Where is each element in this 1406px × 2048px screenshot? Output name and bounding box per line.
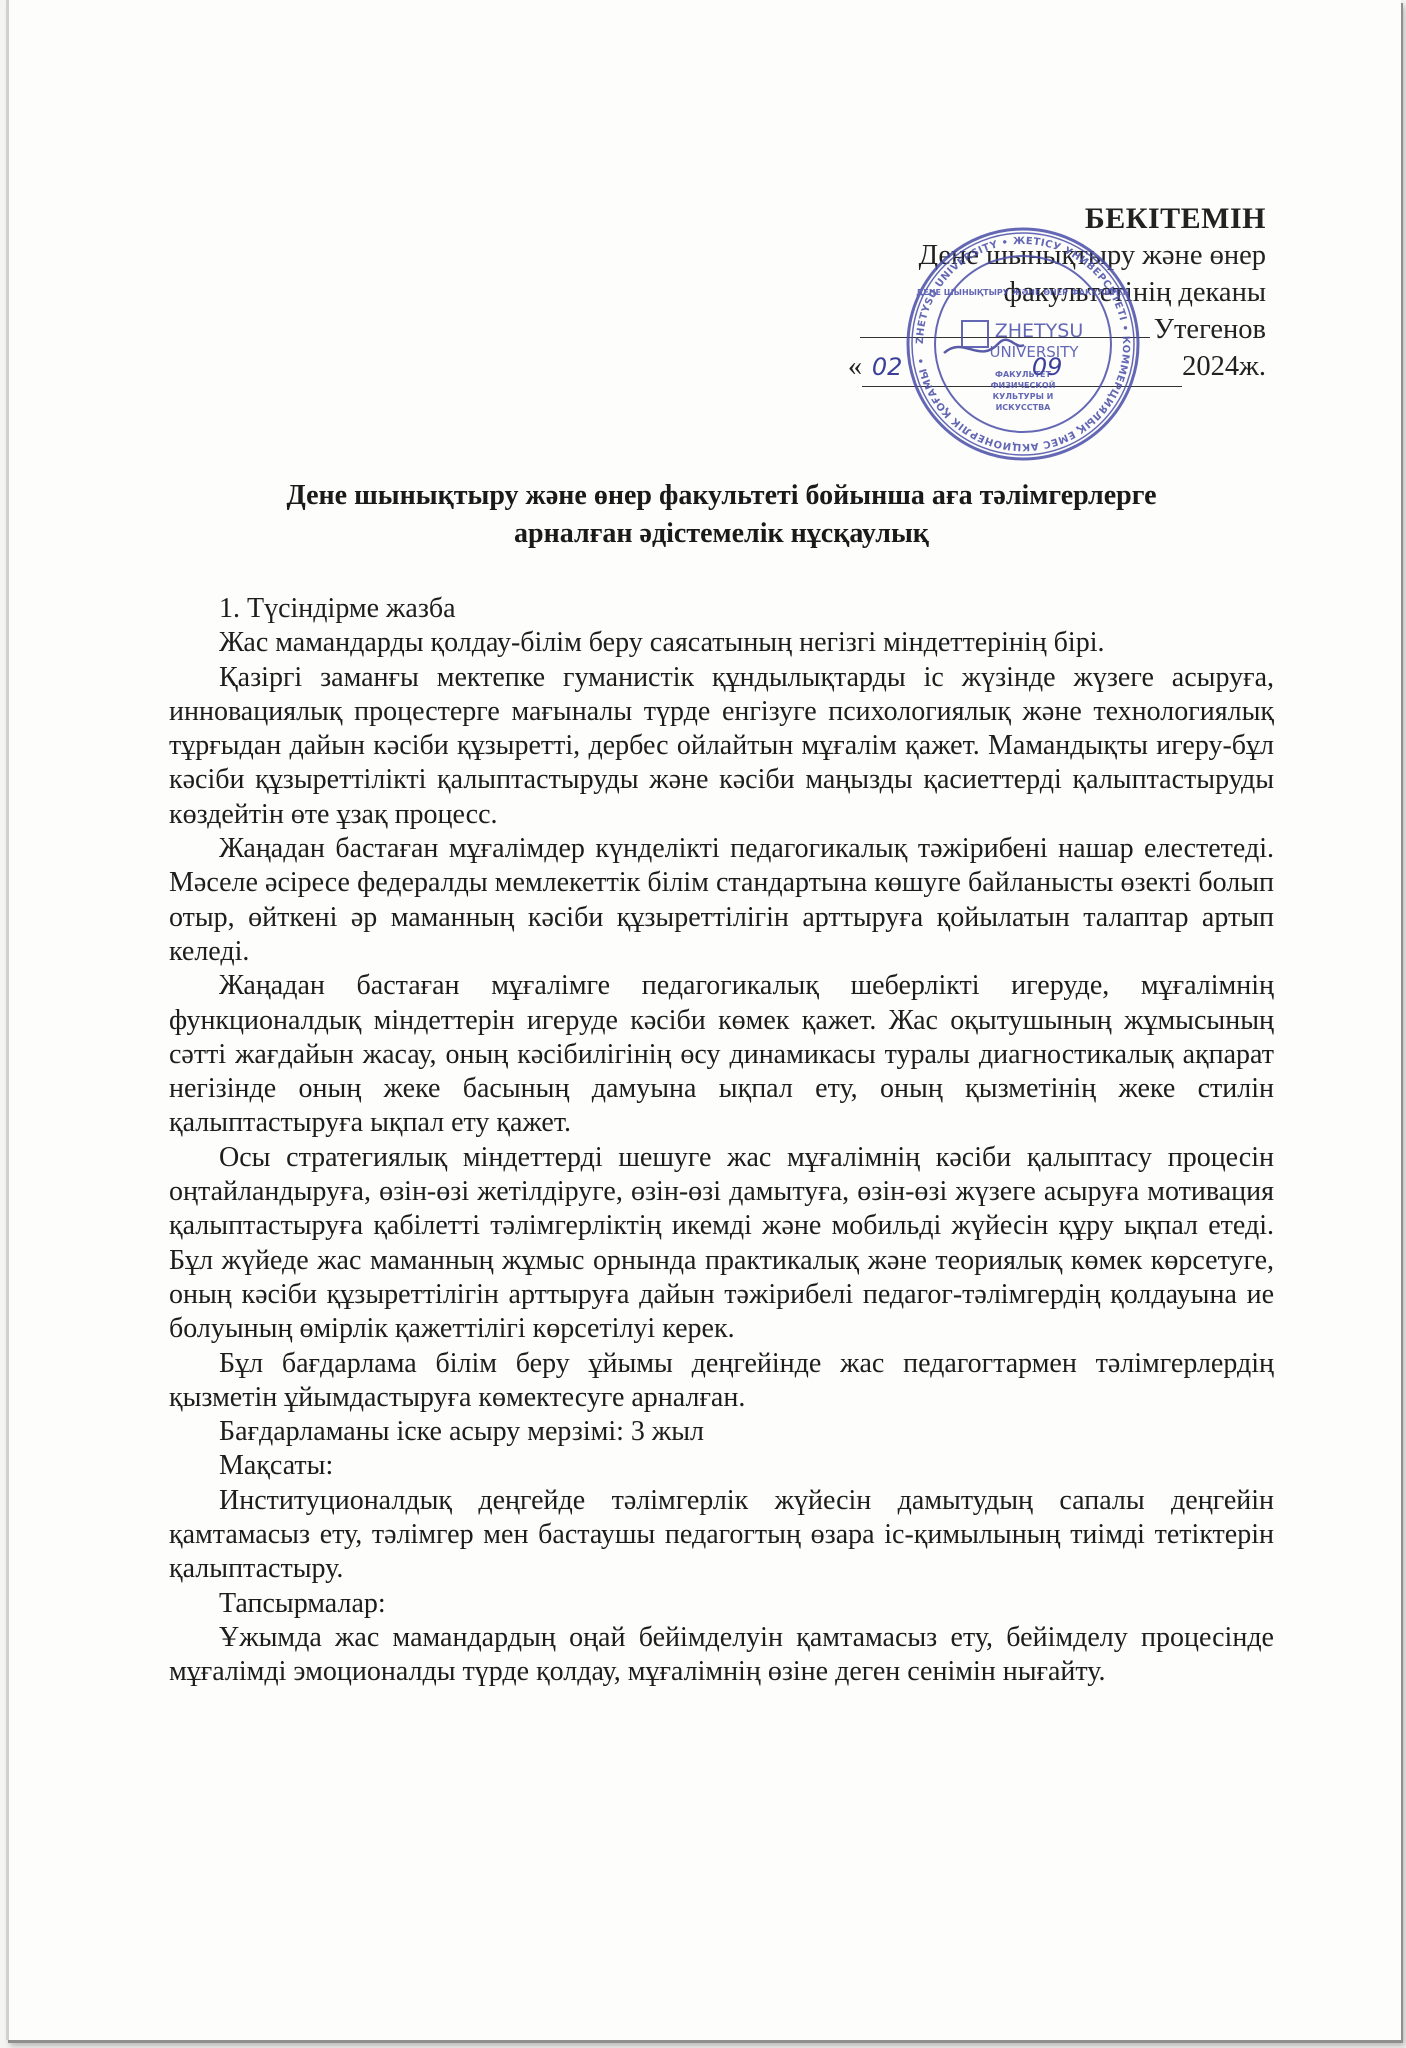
paragraph: Жаңадан бастаған мұғалімге педагогикалық… <box>169 969 1274 1140</box>
stamp-inner-b3: КУЛЬТУРЫ И <box>993 392 1054 401</box>
paragraph: Осы стратегиялық міндеттерді шешуге жас … <box>169 1141 1274 1347</box>
paragraph: Бағдарламаны іске асыру мерзімі: 3 жыл <box>169 1415 1274 1449</box>
paragraph: Жас мамандарды қолдау-білім беру саясаты… <box>169 626 1274 660</box>
document-page: БЕКІТЕМІН Дене шынықтыру және өнер факул… <box>6 0 1401 2040</box>
date-year: 2024ж. <box>1182 351 1266 382</box>
subheading-goal: Мақсаты: <box>169 1449 1274 1483</box>
paragraph: Жаңадан бастаған мұғалімдер күнделікті п… <box>169 832 1274 969</box>
approval-heading: БЕКІТЕМІН <box>848 200 1266 237</box>
paragraph: Ұжымда жас мамандардың оңай бейімделуін … <box>169 1621 1274 1690</box>
paragraph: Бұл бағдарлама білім беру ұйымы деңгейін… <box>169 1347 1274 1416</box>
document-body: 1. Түсіндірме жазба Жас мамандарды қолда… <box>169 592 1274 1690</box>
date-day: 02 <box>862 349 912 387</box>
date-quote-open: « <box>848 351 862 382</box>
approval-signature-row: Утегенов <box>848 311 1266 348</box>
approval-faculty-line: Дене шынықтыру және өнер <box>848 237 1266 274</box>
date-month: 09 <box>912 349 1182 387</box>
document-title: Дене шынықтыру және өнер факультеті бойы… <box>169 477 1274 553</box>
approval-block: БЕКІТЕМІН Дене шынықтыру және өнер факул… <box>848 200 1266 387</box>
paragraph: Қазіргі заманғы мектепке гуманистік құнд… <box>169 661 1274 832</box>
signature-line <box>860 315 1150 338</box>
paragraph: Институционалдық деңгейде тәлімгерлік жү… <box>169 1484 1274 1587</box>
title-line-1: Дене шынықтыру және өнер факультеті бойы… <box>169 477 1274 515</box>
title-line-2: арналған әдістемелік нұсқаулық <box>169 515 1274 553</box>
stamp-inner-b4: ИСКУССТВА <box>996 403 1052 412</box>
approval-dean-line: факультетінің деканы <box>848 274 1266 311</box>
signatory-name: Утегенов <box>1154 314 1266 345</box>
approval-date-row: «02092024ж. <box>848 348 1266 387</box>
section-heading: 1. Түсіндірме жазба <box>169 592 1274 626</box>
subheading-tasks: Тапсырмалар: <box>169 1587 1274 1621</box>
